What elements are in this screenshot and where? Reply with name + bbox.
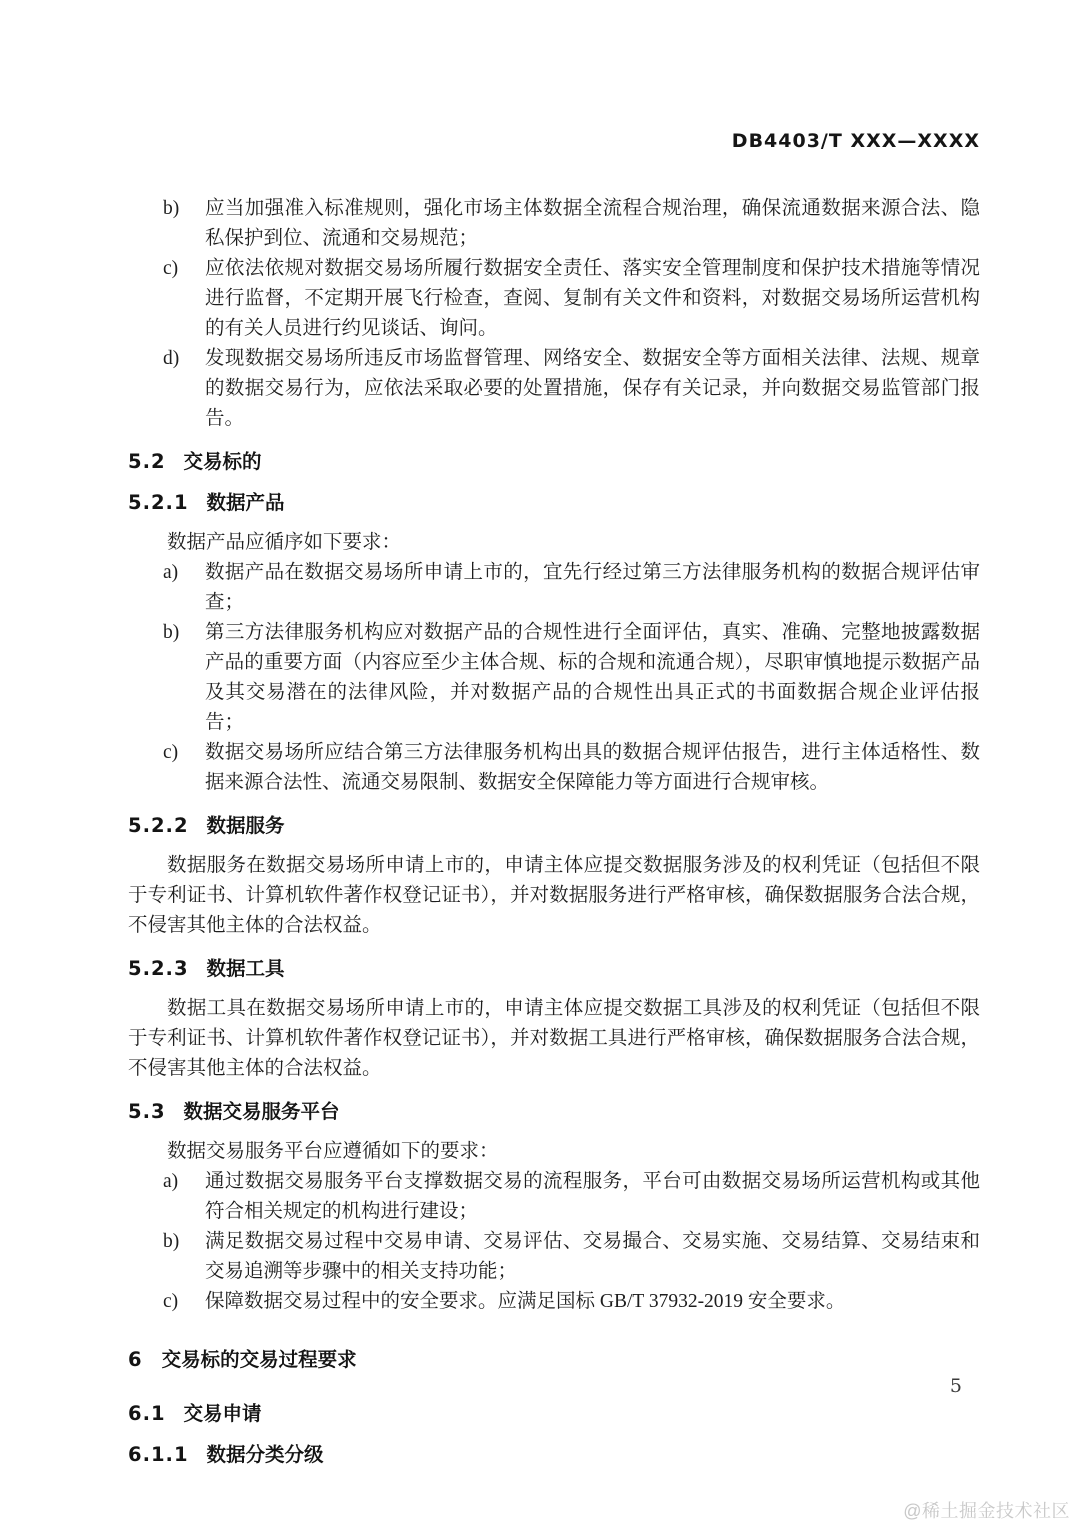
section-title: 数据交易服务平台 [184,1101,340,1123]
list-item-c: c) 应依法依规对数据交易场所履行数据安全责任、落实安全管理制度和保护技术措施等… [128,254,980,344]
item-text: 第三方法律服务机构应对数据产品的合规性进行全面评估，真实、准确、完整地披露数据产… [205,622,980,733]
list-item-b: b) 第三方法律服务机构应对数据产品的合规性进行全面评估，真实、准确、完整地披露… [128,618,980,738]
item-marker: a) [163,1167,178,1197]
list-item-b: b) 应当加强准入标准规则，强化市场主体数据全流程合规治理，确保流通数据来源合法… [128,194,980,254]
item-marker: b) [163,618,179,648]
chapter-heading-6: 6交易标的交易过程要求 [128,1347,980,1373]
watermark: @稀土掘金技术社区 [903,1497,1070,1523]
document-page: DB4403/T XXX—XXXX b) 应当加强准入标准规则，强化市场主体数据… [0,0,1080,1528]
section-title: 交易申请 [184,1403,262,1425]
item-text: 数据产品在数据交易场所申请上市的，宜先行经过第三方法律服务机构的数据合规评估审查… [205,562,980,613]
page-content: DB4403/T XXX—XXXX b) 应当加强准入标准规则，强化市场主体数据… [128,130,980,1468]
section-heading-5-2-2: 5.2.2数据服务 [128,813,980,839]
section-number: 5.2.3 [128,957,189,980]
page-number: 5 [950,1375,962,1397]
section-heading-6-1-1: 6.1.1数据分类分级 [128,1442,980,1468]
list-item-c: c) 数据交易场所应结合第三方法律服务机构出具的数据合规评估报告，进行主体适格性… [128,738,980,798]
item-text: 保障数据交易过程中的安全要求。应满足国标 GB/T 37932-2019 安全要… [205,1291,845,1312]
section-title: 数据服务 [207,815,285,837]
item-marker: b) [163,1227,179,1257]
item-text: 应依法依规对数据交易场所履行数据安全责任、落实安全管理制度和保护技术措施等情况进… [205,258,980,339]
section-5-2-1-intro: 数据产品应循序如下要求： [128,528,980,558]
section-heading-5-2-3: 5.2.3数据工具 [128,956,980,982]
item-text: 应当加强准入标准规则，强化市场主体数据全流程合规治理，确保流通数据来源合法、隐私… [205,198,980,249]
list-item-b: b) 满足数据交易过程中交易申请、交易评估、交易撮合、交易实施、交易结算、交易结… [128,1227,980,1287]
section-title: 数据分类分级 [207,1444,324,1466]
section-5-2-3-paragraph: 数据工具在数据交易场所申请上市的，申请主体应提交数据工具涉及的权利凭证（包括但不… [128,994,980,1084]
section-heading-5-2-1: 5.2.1数据产品 [128,490,980,516]
section-title: 数据工具 [207,958,285,980]
item-text: 满足数据交易过程中交易申请、交易评估、交易撮合、交易实施、交易结算、交易结束和交… [205,1231,980,1282]
item-text: 数据交易场所应结合第三方法律服务机构出具的数据合规评估报告，进行主体适格性、数据… [205,742,980,793]
section-number: 5.2 [128,450,166,473]
section-number: 6 [128,1348,142,1371]
item-marker: b) [163,194,179,224]
section-number: 5.3 [128,1100,166,1123]
section-5-3-intro: 数据交易服务平台应遵循如下的要求： [128,1137,980,1167]
list-item-a: a) 通过数据交易服务平台支撑数据交易的流程服务，平台可由数据交易场所运营机构或… [128,1167,980,1227]
section-heading-5-2: 5.2交易标的 [128,449,980,475]
section-title: 数据产品 [207,492,285,514]
item-text: 通过数据交易服务平台支撑数据交易的流程服务，平台可由数据交易场所运营机构或其他符… [205,1171,980,1222]
section-title: 交易标的 [184,451,262,473]
section-number: 6.1.1 [128,1443,189,1466]
list-item-c: c) 保障数据交易过程中的安全要求。应满足国标 GB/T 37932-2019 … [128,1287,980,1317]
item-text: 发现数据交易场所违反市场监督管理、网络安全、数据安全等方面相关法律、法规、规章的… [205,348,980,429]
doc-code-header: DB4403/T XXX—XXXX [128,130,980,152]
item-marker: a) [163,558,178,588]
section-title: 交易标的交易过程要求 [162,1349,357,1371]
item-marker: c) [163,738,178,768]
item-marker: c) [163,1287,178,1317]
item-marker: c) [163,254,178,284]
section-number: 5.2.1 [128,491,189,514]
list-item-a: a) 数据产品在数据交易场所申请上市的，宜先行经过第三方法律服务机构的数据合规评… [128,558,980,618]
section-heading-6-1: 6.1交易申请 [128,1401,980,1427]
section-heading-5-3: 5.3数据交易服务平台 [128,1099,980,1125]
section-5-2-2-paragraph: 数据服务在数据交易场所申请上市的，申请主体应提交数据服务涉及的权利凭证（包括但不… [128,851,980,941]
item-marker: d) [163,344,179,374]
list-item-d: d) 发现数据交易场所违反市场监督管理、网络安全、数据安全等方面相关法律、法规、… [128,344,980,434]
section-number: 5.2.2 [128,814,189,837]
section-number: 6.1 [128,1402,166,1425]
